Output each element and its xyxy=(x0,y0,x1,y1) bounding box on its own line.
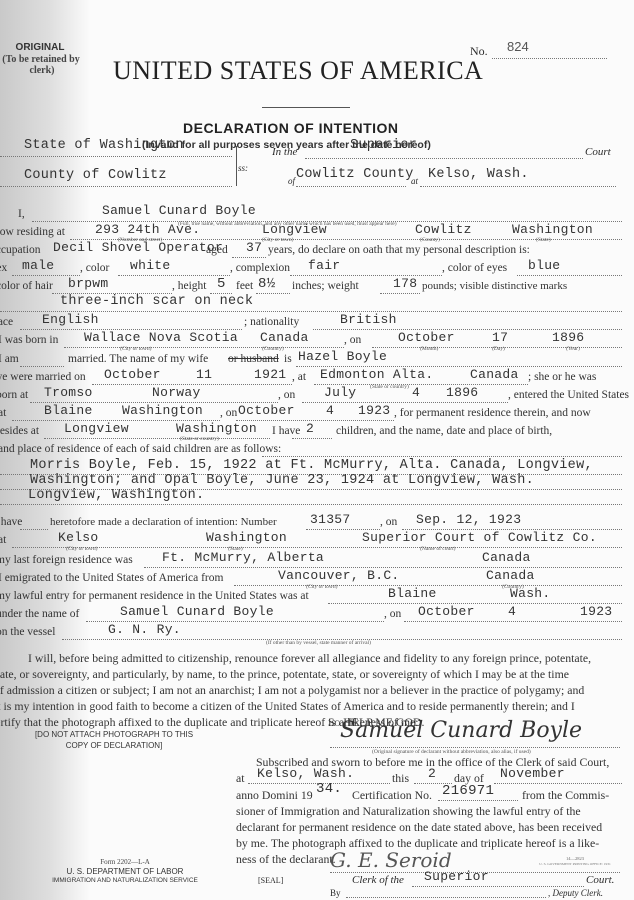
birth-country: Canada xyxy=(260,330,309,345)
on-label: , on xyxy=(344,334,361,346)
entry-label: my lawful entry for permanent residence … xyxy=(0,590,309,602)
struck-husband: or husband xyxy=(228,353,279,365)
resides-label: resides at xyxy=(0,425,39,437)
sworn-place: Kelso, Wash. xyxy=(257,766,354,781)
nationality-label: ; nationality xyxy=(244,316,299,328)
marriage-month: October xyxy=(104,367,161,382)
oath-line: I will, before being admitted to citizen… xyxy=(28,650,591,666)
race-value: English xyxy=(42,312,99,327)
oath-line: it is my intention in good faith to beco… xyxy=(0,698,575,714)
jurat-text: from the Commis- xyxy=(522,787,609,803)
on-label: , on xyxy=(220,407,237,419)
entry-year: 1923 xyxy=(358,403,390,418)
on-label: , on xyxy=(380,516,397,528)
declarant-name: Samuel Cunard Boyle xyxy=(102,203,256,218)
venue-state: State of Washington xyxy=(24,138,184,153)
deputy-clerk-label: , Deputy Clerk. xyxy=(548,888,603,898)
caption: (City or town) xyxy=(120,346,151,352)
distinctive-marks: three-inch scar on neck xyxy=(60,294,253,309)
inches-label: inches; weight xyxy=(292,280,359,292)
height-feet: 5 xyxy=(217,276,226,292)
weight-value: 178 xyxy=(393,276,417,291)
entry-year: 1923 xyxy=(580,604,612,619)
print-code: 14—2823 xyxy=(540,856,610,861)
birth-month: October xyxy=(398,330,455,345)
last-foreign-residence: Ft. McMurry, Alberta xyxy=(162,550,324,565)
court-type: Superior xyxy=(350,138,417,153)
caption: (State or country) xyxy=(180,436,219,442)
copy-note: (To be retained by xyxy=(0,54,84,65)
state-caption: (State) xyxy=(536,237,551,243)
residence-city: Longview xyxy=(262,222,327,237)
department-name: U. S. DEPARTMENT OF LABOR xyxy=(40,867,210,876)
nationality-value: British xyxy=(340,312,397,327)
last-residence-label: my last foreign residence was xyxy=(0,554,133,566)
am-label: I am xyxy=(0,353,19,365)
caption: (Name of court) xyxy=(420,546,455,552)
court-label: Court xyxy=(585,146,611,158)
caption: (State or country) xyxy=(370,384,409,390)
this-label: this xyxy=(392,770,409,786)
complexion-value: fair xyxy=(308,258,340,273)
marriage-day: 11 xyxy=(196,367,212,382)
oath-line: of admission a citizen or subject; I am … xyxy=(0,682,584,698)
aged-label: aged xyxy=(206,244,228,256)
on-label: , on xyxy=(278,389,295,401)
seal-label: [SEAL] xyxy=(258,876,283,885)
birth-year: 1896 xyxy=(552,330,584,345)
heretofore-text: heretofore made a declaration of intenti… xyxy=(50,516,277,528)
certification-number: 216971 xyxy=(442,783,494,799)
form-number: Form 2202—L-A xyxy=(40,858,210,866)
entry-day: 4 xyxy=(508,604,516,619)
caption: (Day) xyxy=(492,346,505,352)
occupation-label: occupation xyxy=(0,244,40,256)
children-line-3: Longview, Washington. xyxy=(28,488,204,503)
ss-label: ss: xyxy=(238,163,248,173)
on-label: , on xyxy=(384,608,401,620)
caption: (City or town) xyxy=(306,584,337,590)
printer-line: U. S. GOVERNMENT PRINTING OFFICE: 1931 xyxy=(520,862,630,866)
hair-label: color of hair xyxy=(0,280,53,292)
spouse-birth-month: July xyxy=(324,385,356,400)
emigrated-label: I emigrated to the United States of Amer… xyxy=(0,572,223,584)
eyes-label: , color of eyes xyxy=(442,262,507,274)
spouse-birth-year: 1896 xyxy=(446,385,478,400)
entry-city: Blaine xyxy=(44,403,93,418)
notice-line: [DO NOT ATTACH PHOTOGRAPH TO THIS xyxy=(24,730,204,739)
court-city: Kelso, Wash. xyxy=(428,167,529,182)
service-name: IMMIGRATION AND NATURALIZATION SERVICE xyxy=(30,877,220,884)
marriage-place: Edmonton Alta. xyxy=(320,367,433,382)
anno-label: anno Domini 19 xyxy=(236,787,313,803)
document-subtitle: DECLARATION OF INTENTION xyxy=(183,120,399,136)
at-label: at xyxy=(0,534,6,546)
last-residence-country: Canada xyxy=(482,550,531,565)
married-text: married. The name of my wife xyxy=(68,353,208,365)
caption: (Month) xyxy=(420,346,438,352)
clerk-label: Clerk of the xyxy=(352,874,404,886)
copy-label: ORIGINAL xyxy=(11,42,69,53)
born-label: I was born in xyxy=(0,334,58,346)
spouse-birth-country: Norway xyxy=(152,385,201,400)
emigrated-from: Vancouver, B.C. xyxy=(278,568,400,583)
oath-line: state, or sovereignty, and particularly,… xyxy=(0,666,569,682)
prior-declaration-date: Sep. 12, 1923 xyxy=(416,512,521,527)
sworn-year: 34. xyxy=(316,781,342,797)
declaration-number: 824 xyxy=(507,39,529,54)
she-text: ; she or he was xyxy=(528,371,596,383)
entry-state: Washington xyxy=(122,403,203,418)
race-label: race xyxy=(0,316,13,328)
at-label: at xyxy=(411,176,418,186)
children-text: children, and the name, date and place o… xyxy=(336,425,552,437)
is-label: is xyxy=(284,353,292,365)
entry-month: October xyxy=(238,403,295,418)
residence-state: Washington xyxy=(512,222,593,237)
color-value: white xyxy=(130,258,171,273)
cert-label: Certification No. xyxy=(352,787,432,803)
hair-value: brpwm xyxy=(68,276,109,291)
resides-city: Longview xyxy=(64,421,129,436)
children-line-1: Morris Boyle, Feb. 15, 1922 at Ft. McMur… xyxy=(30,458,593,473)
spouse-birth-day: 4 xyxy=(412,385,420,400)
caption: (If other than by vessel, state manner o… xyxy=(266,640,371,646)
pounds-label: pounds; visible distinctive marks xyxy=(422,280,567,292)
spouse-name: Hazel Boyle xyxy=(298,349,387,364)
prior-declaration-number: 31357 xyxy=(310,512,351,527)
entered-text: , entered the United States xyxy=(508,389,629,401)
brace xyxy=(232,146,237,186)
entry-city: Blaine xyxy=(388,586,437,601)
eyes-value: blue xyxy=(528,258,560,273)
feet-label: feet xyxy=(236,280,253,292)
in-the-label: In the xyxy=(272,146,297,158)
complexion-label: , complexion xyxy=(230,262,290,274)
children-line-2: Washington; and Opal Boyle, June 23, 192… xyxy=(30,473,534,488)
sex-value: male xyxy=(22,258,54,273)
height-label: , height xyxy=(172,280,207,292)
court-location: Cowlitz County xyxy=(296,167,414,182)
marriage-year: 1921 xyxy=(254,367,286,382)
notice-line: COPY OF DECLARATION] xyxy=(24,741,204,750)
marriage-country: Canada xyxy=(470,367,519,382)
at-label: at xyxy=(236,770,245,786)
jurat-line: sioner of Immigration and Naturalization… xyxy=(236,803,581,819)
by-label: By xyxy=(330,888,341,898)
married-on-label: we were married on xyxy=(0,371,86,383)
jurat-line: declarant for permanent residence on the… xyxy=(236,819,602,835)
prior-state: Washington xyxy=(206,530,287,545)
city-caption: (City or town) xyxy=(262,237,293,243)
caption: (Year) xyxy=(566,346,580,352)
entry-state: Wash. xyxy=(510,586,551,601)
born-at-label: born at xyxy=(0,389,28,401)
age-value: 37 xyxy=(246,240,262,255)
vessel-value: G. N. Ry. xyxy=(108,622,181,637)
entry-month: October xyxy=(418,604,475,619)
resides-state: Washington xyxy=(176,421,257,436)
residence-county: Cowlitz xyxy=(415,222,472,237)
color-label: , color xyxy=(80,262,109,274)
prior-city: Kelso xyxy=(58,530,99,545)
spouse-birth-city: Tromso xyxy=(44,385,93,400)
caption: (Country) xyxy=(262,346,284,352)
children-count: 2 xyxy=(306,421,314,436)
court-label: Court. xyxy=(586,874,614,886)
residing-label: now residing at xyxy=(0,226,65,238)
i-label: I, xyxy=(18,208,25,220)
sworn-month: November xyxy=(500,766,565,781)
entry-day: 4 xyxy=(326,403,334,418)
caption: (City or town) xyxy=(66,546,97,552)
have-label: I have xyxy=(272,425,300,437)
title-rule xyxy=(262,107,350,108)
sex-label: Sex xyxy=(0,262,7,274)
oath-intro: years, do declare on oath that my person… xyxy=(268,244,530,256)
birthplace: Wallace Nova Scotia xyxy=(84,330,238,345)
children-residence-text: and place of residence of each of said c… xyxy=(0,443,281,455)
prior-court: Superior Court of Cowlitz Co. xyxy=(362,530,597,545)
vessel-label: on the vessel xyxy=(0,626,55,638)
declarant-signature: Samuel Cunard Boyle xyxy=(340,718,582,743)
have-label: I have xyxy=(0,516,22,528)
height-inches: 8½ xyxy=(258,276,275,292)
emigrated-country: Canada xyxy=(486,568,535,583)
clerk-court: Superior xyxy=(424,869,489,884)
entry-name-label: under the name of xyxy=(0,608,79,620)
copy-note-2: clerk) xyxy=(0,65,84,76)
page-title: UNITED STATES OF AMERICA xyxy=(113,56,483,86)
sworn-day: 2 xyxy=(428,766,436,781)
venue-county: County of Cowlitz xyxy=(24,168,167,183)
jurat-line: ness of the declarant. xyxy=(236,851,336,867)
occupation-value: Decil Shovel Operator xyxy=(53,240,223,255)
birth-day: 17 xyxy=(492,330,508,345)
entry-name: Samuel Cunard Boyle xyxy=(120,604,274,619)
permanent-text: , for permanent residence therein, and n… xyxy=(394,407,591,419)
at-label: at xyxy=(0,407,6,419)
of-label: of xyxy=(288,176,295,186)
at-label: , at xyxy=(292,371,306,383)
county-caption: (County) xyxy=(420,237,440,243)
